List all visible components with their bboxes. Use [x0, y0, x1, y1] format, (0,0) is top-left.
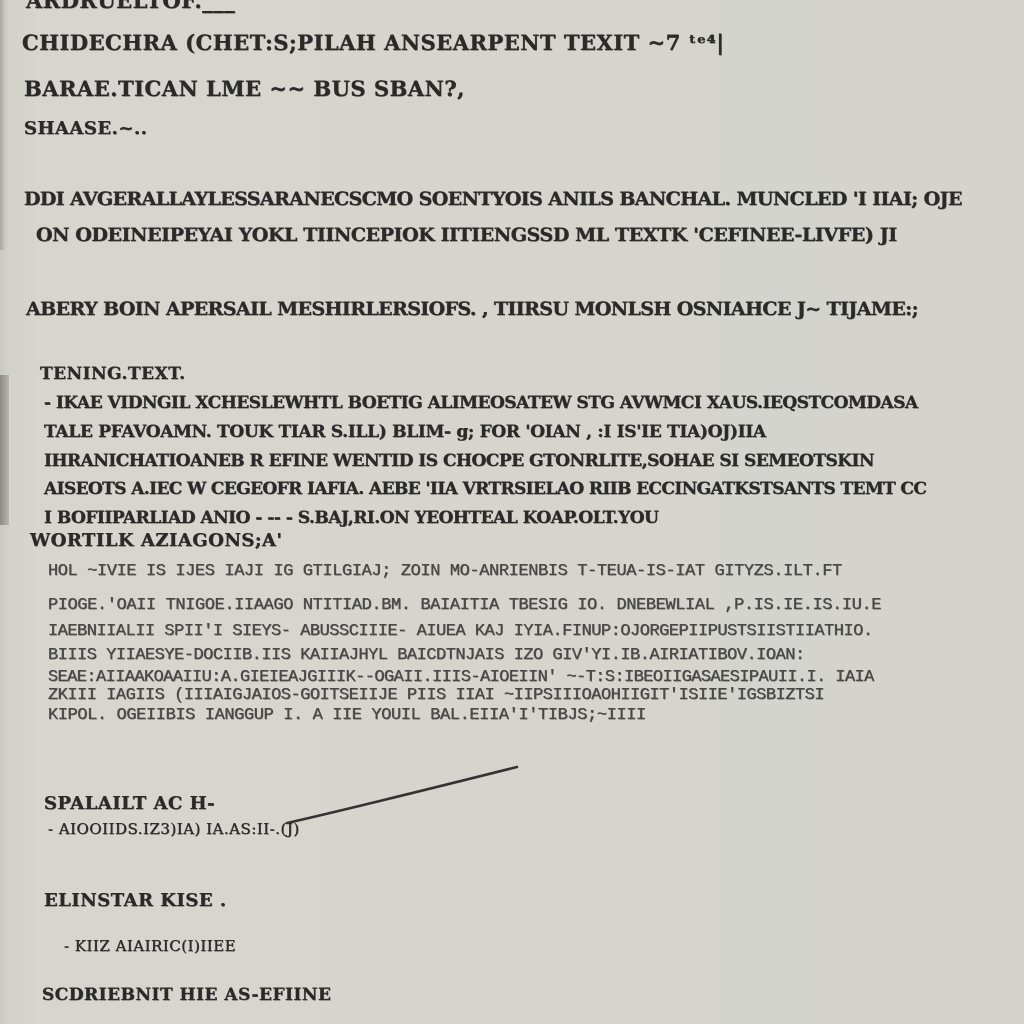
pen-stroke — [285, 765, 520, 825]
faint-line: ZKIII IAGIIS (IIIAIGJAIOS-GOITSEIIJE PII… — [48, 686, 824, 705]
section-line: IHRANICHATIOANEB R EFINE WENTID IS CHOCP… — [44, 451, 874, 471]
section-line: TALE PFAVOAMN. TOUK TIAR S.ILL) BLIM- g;… — [44, 422, 766, 442]
section-line: - IKAE VIDNGIL XCHESLEWHTL BOETIG ALIMEO… — [44, 393, 918, 413]
faint-line: KIPOL. OGEIIBIS IANGGUP I. A IIE YOUIL B… — [48, 706, 646, 725]
page-edge-shadow — [0, 375, 9, 525]
closing-line: - AIOOIIDS.IZ3)IA) IA.AS:II-.(J) — [48, 820, 300, 838]
heading-line: CHIDECHRA (CHET:S;PILAH ANSEARPENT TEXIT… — [22, 30, 725, 55]
faint-line: HOL ~IVIE IS IJES IAJI IG GTILGIAJ; ZOIN… — [48, 562, 842, 581]
faint-line: BIIIS YIIAESYE-DOCIIB.IIS KAIIAJHYL BAIC… — [48, 646, 805, 665]
heading-line: SHAASE.~.. — [24, 118, 148, 139]
faint-line: SEAE:AIIAAKOAAIIU:A.GIEIEAJGIIIK--OGAII.… — [48, 668, 874, 687]
document-page: ARDRUELTOF.___ CHIDECHRA (CHET:S;PILAH A… — [0, 0, 1024, 1024]
paragraph-line: ABERY BOIN APERSAIL MESHIRLERSIOFS. , TI… — [26, 298, 918, 320]
top-fragment: ARDRUELTOF.___ — [26, 0, 235, 13]
heading-line: BARAE.TICAN LME ~~ BUS SBAN?, — [24, 76, 465, 101]
faint-line: IAEBNIIALII SPII'I SIEYS- ABUSSCIIIE- AI… — [48, 622, 873, 641]
paragraph-line: ON ODEINEIPEYAI YOKL TIINCEPIOK IITIENGS… — [36, 224, 897, 246]
signature-line: - KIIZ AIAIRIC(I)IIEE — [64, 937, 236, 955]
section-line: I BOFIIPARLIAD ANIO - -- - S.BAJ,RI.ON Y… — [44, 508, 658, 528]
page-edge-shadow — [0, 0, 6, 250]
section-line: AISEOTS A.IEC W CEGEOFR IAFIA. AEBE 'IIA… — [44, 479, 926, 499]
section-title: TENING.TEXT. — [40, 364, 186, 384]
footer-line: SCDRIEBNIT HIE AS-EFIINE — [42, 985, 331, 1005]
closing-title: SPALAILT AC H- — [44, 793, 215, 814]
sub-title: WORTILK AZIAGONS;A' — [30, 530, 283, 551]
signature-title: ELINSTAR KISE . — [44, 890, 227, 911]
faint-line: PIOGE.'OAII TNIGOE.IIAAGO NTITIAD.BM. BA… — [48, 596, 881, 615]
paragraph-line: DDI AVGERALLAYLESSARANECSCMO SOENTYOIS A… — [24, 188, 962, 210]
